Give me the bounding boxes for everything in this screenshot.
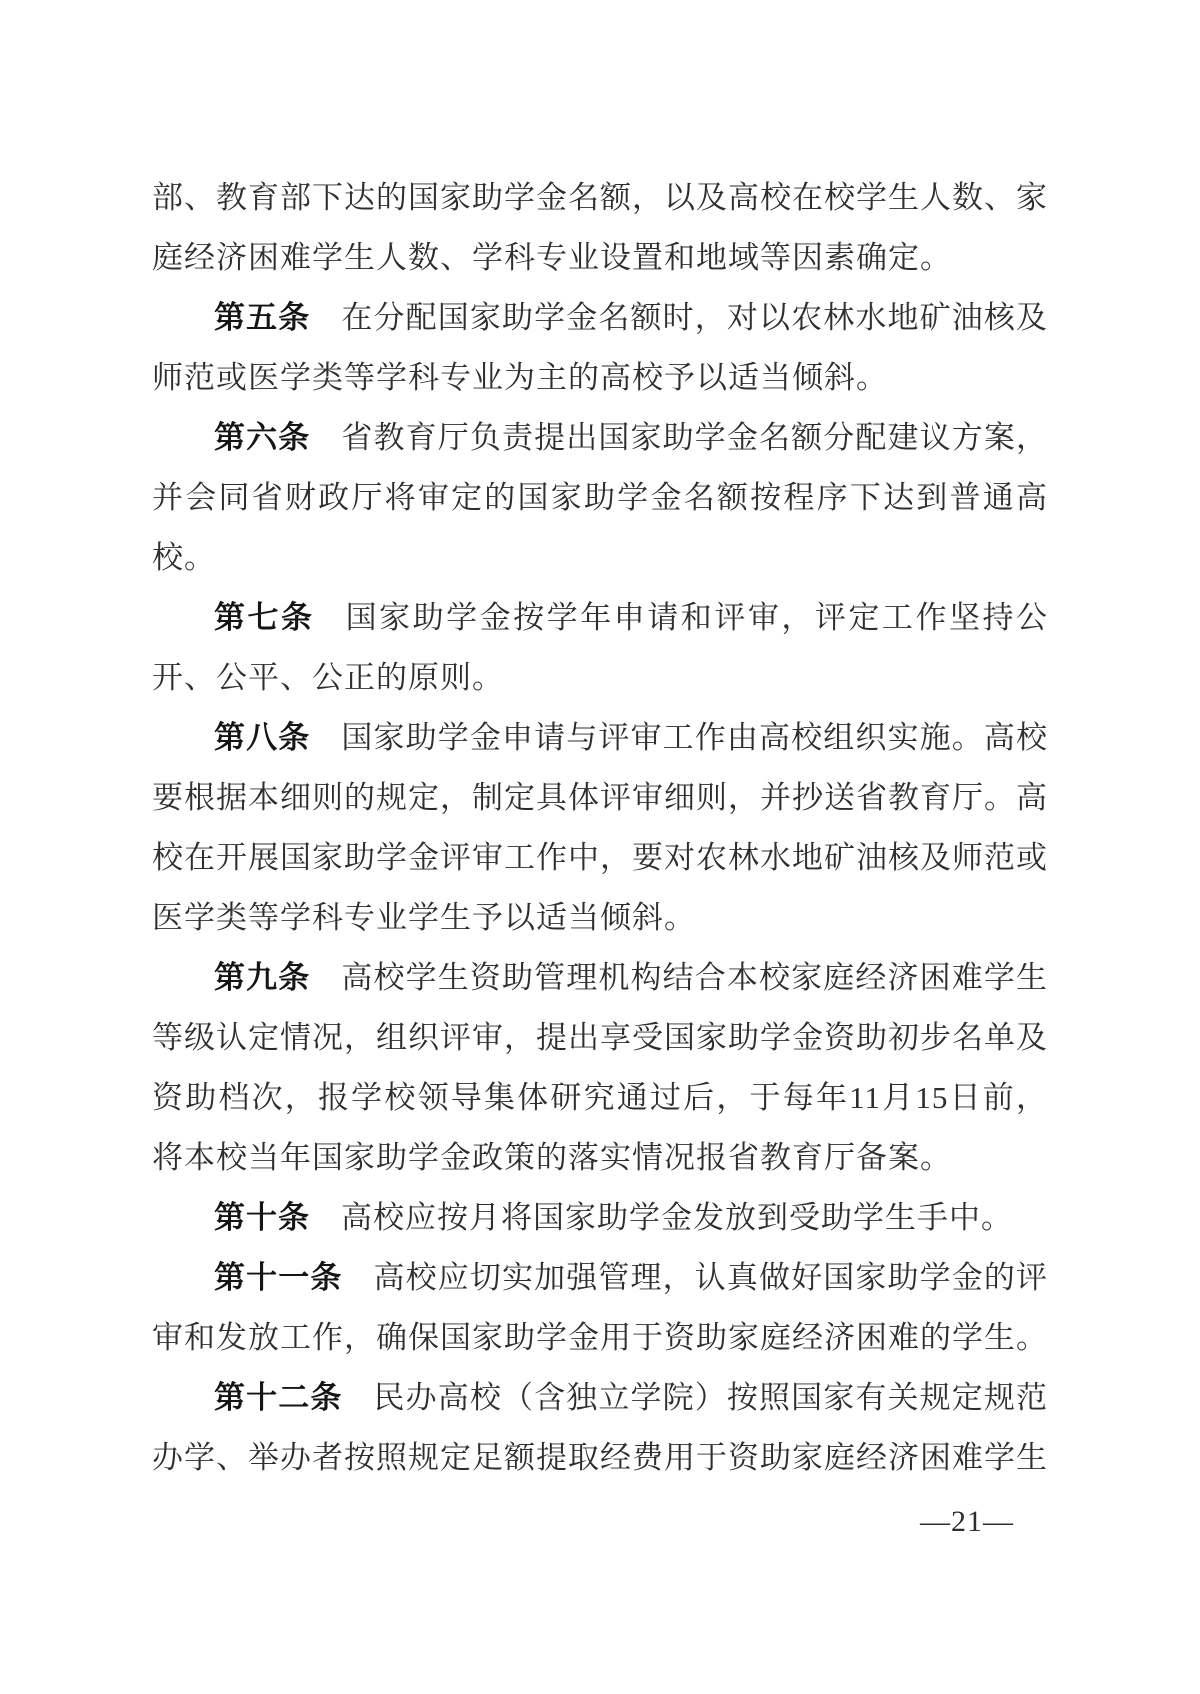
article-number: 第五条	[214, 300, 310, 335]
paragraph: 第六条省教育厅负责提出国家助学金名额分配建议方案，并会同省财政厅将审定的国家助学…	[152, 408, 1048, 588]
article-number: 第十二条	[214, 1380, 343, 1415]
paragraph: 第十二条民办高校（含独立学院）按照国家有关规定规范办学、举办者按照规定足额提取经…	[152, 1368, 1048, 1488]
article-text: 部、教育部下达的国家助学金名额，以及高校在校学生人数、家庭经济困难学生人数、学科…	[152, 180, 1048, 275]
paragraph: 第九条高校学生资助管理机构结合本校家庭经济困难学生等级认定情况，组织评审，提出享…	[152, 948, 1048, 1188]
article-number: 第七条	[214, 600, 315, 635]
article-text: 高校应按月将国家助学金发放到受助学生手中。	[341, 1200, 1013, 1235]
paragraph: 第五条在分配国家助学金名额时，对以农林水地矿油核及师范或医学类等学科专业为主的高…	[152, 288, 1048, 408]
article-number: 第十一条	[214, 1260, 343, 1295]
article-number: 第十条	[214, 1200, 310, 1235]
paragraph: 部、教育部下达的国家助学金名额，以及高校在校学生人数、家庭经济困难学生人数、学科…	[152, 168, 1048, 288]
article-number: 第八条	[214, 720, 310, 755]
page-number: —21—	[920, 1505, 1014, 1539]
paragraph: 第七条国家助学金按学年申请和评审，评定工作坚持公开、公平、公正的原则。	[152, 588, 1048, 708]
paragraph: 第十一条高校应切实加强管理，认真做好国家助学金的评审和发放工作，确保国家助学金用…	[152, 1248, 1048, 1368]
paragraph: 第八条国家助学金申请与评审工作由高校组织实施。高校要根据本细则的规定，制定具体评…	[152, 708, 1048, 948]
paragraph: 第十条高校应按月将国家助学金发放到受助学生手中。	[152, 1188, 1048, 1248]
article-number: 第九条	[214, 960, 310, 995]
article-number: 第六条	[214, 420, 310, 455]
document-page: 部、教育部下达的国家助学金名额，以及高校在校学生人数、家庭经济困难学生人数、学科…	[0, 0, 1200, 1694]
document-body: 部、教育部下达的国家助学金名额，以及高校在校学生人数、家庭经济困难学生人数、学科…	[152, 168, 1048, 1488]
